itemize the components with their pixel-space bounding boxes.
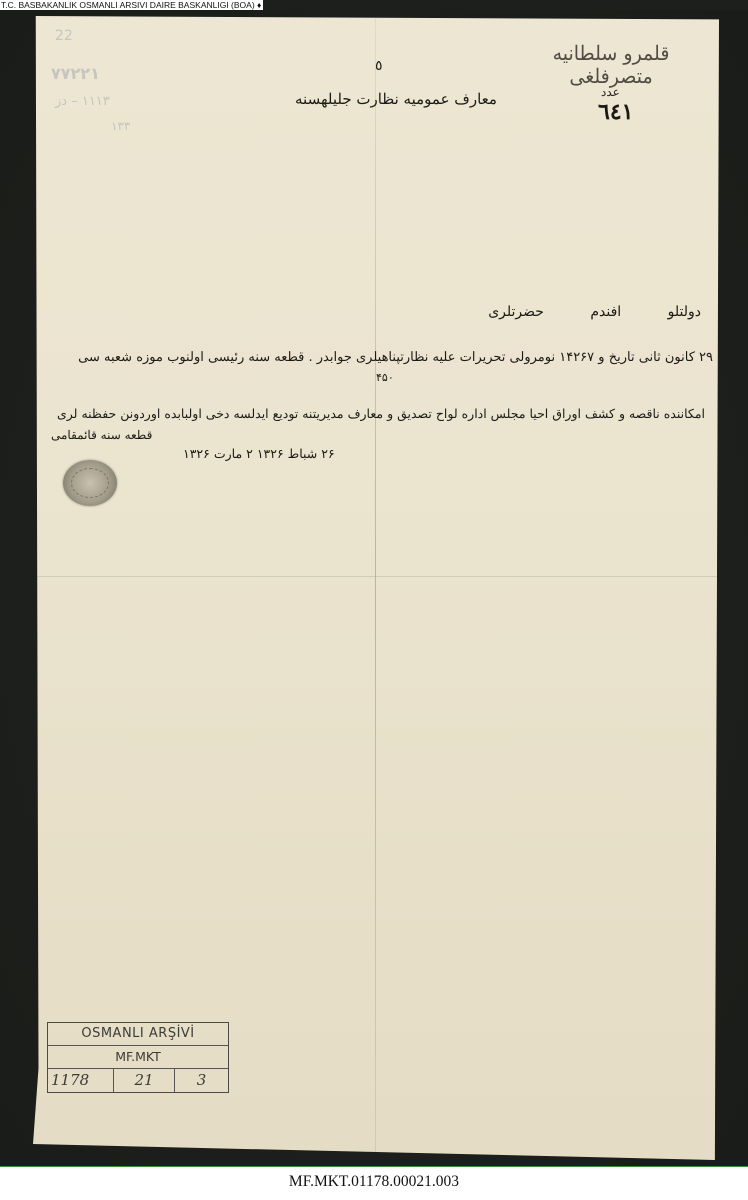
footer-bar: MF.MKT.01178.00021.003 <box>0 1166 748 1200</box>
date-line: ۲۶ شباط ۱۳۲۶ ۲ مارت ۱۳۲۶ <box>183 446 335 461</box>
pencil-note: ۱۱۱۳ – دز <box>55 94 110 109</box>
letterhead-number-label: عدد <box>601 85 620 99</box>
salutation: دولتلو افندم حضرتلری <box>488 304 701 320</box>
document-number: ٦٤١ <box>598 99 633 125</box>
archive-stamp-title: OSMANLI ARŞİVİ <box>48 1023 228 1046</box>
archive-stamp-box: 1178 <box>48 1069 114 1092</box>
letterhead-calligraphy: قلمرو سلطانیه متصرفلغی <box>531 42 691 84</box>
archive-stamp-numbers: 1178 21 3 <box>48 1069 228 1092</box>
body-sub-numbers: ۴۵۰ <box>376 371 394 384</box>
body-line-1: ۲۹ کانون ثانی تاریخ و ۱۴۲۶۷ نومرولی تحری… <box>78 350 713 365</box>
signature-title: قطعه سنه قائمقامی <box>51 428 152 442</box>
archive-stamp: OSMANLI ARŞİVİ MF.MKT 1178 21 3 <box>47 1022 229 1093</box>
body-line-2: امکاننده ناقصه و کشف اوراق احیا مجلس ادا… <box>57 406 705 421</box>
pencil-note: ۱۳۳ <box>111 119 130 133</box>
archive-stamp-file: 21 <box>114 1069 175 1092</box>
seal-inner-ring <box>71 468 109 498</box>
pencil-note: 22 <box>55 28 73 44</box>
vertical-fold-line <box>375 16 376 1160</box>
document-page: 22 ٧٧۲۲۱ ۱۱۱۳ – دز ۱۳۳ قلمرو سلطانیه متص… <box>33 16 719 1160</box>
archive-stamp-page: 3 <box>175 1069 228 1092</box>
archive-stamp-collection: MF.MKT <box>48 1046 228 1069</box>
addressee-heading: معارف عمومیه نظارت جلیلهسنه <box>295 90 497 108</box>
wax-seal <box>63 460 117 506</box>
pencil-note: ٧٧۲۲۱ <box>51 64 100 83</box>
archive-header-label: T.C. BASBAKANLIK OSMANLI ARSIVI DAIRE BA… <box>0 0 263 10</box>
horizontal-fold-line <box>33 576 719 577</box>
heading-mark: ٥ <box>375 58 383 74</box>
document-reference-code: MF.MKT.01178.00021.003 <box>0 1173 748 1191</box>
